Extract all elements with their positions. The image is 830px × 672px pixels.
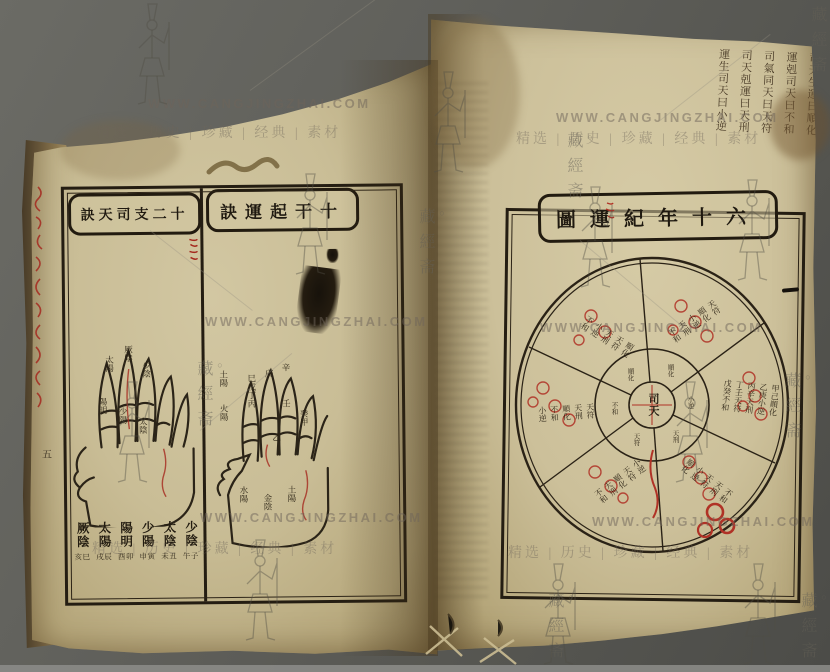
title-si-tian: 訣天司支二十 [81, 203, 189, 224]
ink-blotch [294, 265, 342, 336]
finger-label: 辛 [282, 363, 291, 372]
finger-label: 癸甲 [299, 409, 308, 426]
inner-ring-label: 小逆 [686, 396, 693, 409]
torn-corner-stain [770, 90, 830, 160]
finger-label: 陽明 [98, 397, 107, 414]
finger-label: 庚 [265, 370, 274, 379]
finger-label: 少陽 [118, 407, 127, 424]
finger-label: 厥陰 [123, 345, 132, 362]
paper-stain [430, 18, 520, 168]
qi-column: 太陰未丑 [158, 521, 180, 597]
title-banner-si-tian: 訣天司支二十 [68, 192, 201, 235]
palm-label: 水陽 [239, 486, 248, 503]
red-note-by-title [604, 200, 616, 224]
section-divider [200, 188, 207, 601]
inner-ring-label: 順化 [666, 364, 673, 377]
inner-ring-label: 順化 [626, 368, 633, 381]
side-label: 土陽 [219, 370, 228, 387]
qi-column: 陽明酉卯 [115, 521, 137, 597]
red-ink-marks [127, 369, 166, 497]
photo-of-ancient-book: 訣天司支二十 訣運起干十 [0, 0, 830, 672]
binding-stitches [418, 610, 548, 672]
finger-label: 太陰 [138, 417, 147, 434]
hand-diagram-si-tian [70, 328, 205, 527]
finger-label: 乙 [272, 434, 281, 443]
qi-column: 少陽申寅 [136, 521, 158, 597]
palm-label: 金陰 [263, 494, 272, 511]
si-tian-columns: 厥陰亥巳 太陽戌辰 陽明酉卯 少陽申寅 太陰未丑 少陰午子 [71, 520, 202, 597]
qi-column: 太陽戌辰 [93, 521, 115, 597]
paper-stain [60, 120, 180, 180]
wheel-sector-right: 甲己順化 乙庚小逆 丙辛天刑 丁壬天符 戊癸不和 [704, 354, 784, 439]
palm-label: 土陽 [287, 485, 296, 502]
finger-label: 壬 [282, 399, 291, 408]
scratch-line [250, 0, 380, 91]
inner-ring-label: 天符 [632, 433, 639, 446]
finger-label: 少陰 [142, 361, 151, 378]
title-qi-yun: 訣運起干十 [220, 197, 345, 223]
hand-outline [217, 370, 329, 548]
ink-spot [326, 249, 338, 263]
page-number: 五 [42, 446, 52, 461]
title-banner-qi-yun: 訣運起干十 [206, 188, 359, 233]
table-surface-strip [0, 665, 830, 672]
qi-column: 少陰午子 [180, 520, 202, 596]
hand-outline [73, 350, 194, 527]
qi-column: 厥陰亥巳 [71, 521, 93, 597]
inner-ring-label: 天刑 [671, 430, 678, 443]
finger-label: 太陽 [105, 355, 114, 372]
side-label: 火陽 [219, 404, 228, 421]
wheel-sector-left: 天符 天刑 順化 不和 小逆 [521, 372, 598, 455]
inner-ring-label: 不和 [610, 402, 617, 415]
wheel-center-label: 司天 [645, 393, 661, 417]
hand-diagram-qi-yun [214, 344, 338, 548]
red-ink-marks [266, 444, 308, 520]
left-page-frame: 訣天司支二十 訣運起干十 [61, 183, 407, 606]
top-edge-stain [203, 146, 283, 182]
thumb-column: 巳戊丁丙 [247, 374, 256, 408]
red-seal-note [186, 236, 200, 264]
